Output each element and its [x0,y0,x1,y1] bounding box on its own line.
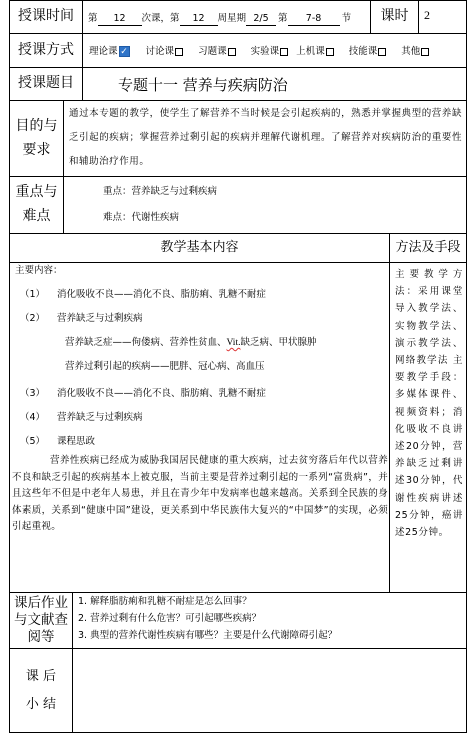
content-item-5: （5）课程思政 [12,430,388,454]
row-divider [9,176,467,177]
lesson-plan-page: 授课时间 第12次课，第12周星期2/5第7-8节 课时 2 授课方式 理论课✓… [0,0,473,735]
hours-value: 2 [424,8,464,28]
key-points-text: 重点：营养缺乏与过剩疾病 难点：代谢性疾病 [103,178,453,232]
objectives-label: 目的与 要求 [10,101,63,176]
weekday[interactable]: 2/5 [246,13,276,26]
col-divider [63,100,64,233]
topic-value: 专题十一 营养与疾病防治 [118,74,458,96]
summary-label: 课 后 小 结 [10,649,72,732]
content-item-4: （4）营养缺乏与过剩疾病 [12,406,388,430]
key-points-label: 重点与 难点 [10,177,63,233]
checkbox-icon[interactable] [228,48,236,56]
row-divider [9,100,467,101]
content-header: 教学基本内容 [10,234,389,262]
method-header: 方法及手段 [390,234,466,262]
topic-label: 授课题目 [10,68,82,100]
mode-label: 授课方式 [10,34,82,67]
checkbox-checked-icon[interactable]: ✓ [119,46,130,57]
difficult-point: 难点：代谢性疾病 [103,204,453,231]
week-number[interactable]: 12 [180,13,218,26]
time-value: 第12次课，第12周星期2/5第7-8节 [88,10,368,26]
checkbox-icon[interactable] [421,48,429,56]
methods-text: 主要教学方法：采用课堂导入教学法、实物教学法、演示教学法、网络教学法 主要教学手… [395,266,463,588]
content-item-3: （3）消化吸收不良——消化不良、脂肪痢、乳糖不耐症 [12,382,388,406]
summary-field[interactable] [73,649,466,732]
homework-item: 2. 营养过剩有什么危害？可引起哪些疾病？ [78,610,463,627]
checkbox-icon[interactable] [175,48,183,56]
mode-option-exercise[interactable]: 习题课 [198,46,239,57]
mode-option-other[interactable]: 其他 [401,46,432,57]
spellcheck-word: Vit. [227,338,241,348]
time-label: 授课时间 [10,1,82,33]
session-number[interactable]: 12 [98,13,142,26]
table-border-right [466,0,467,733]
content-item-1: （1）消化吸收不良——消化不良、脂肪痢、乳糖不耐症 [12,283,388,307]
key-point: 重点：营养缺乏与过剩疾病 [103,178,453,205]
homework-item: 3. 典型的营养代谢性疾病有哪些？主要是什么代谢障碍引起？ [78,627,463,644]
checkbox-icon[interactable] [326,48,334,56]
content-intro: 主要内容： [15,264,388,278]
table-border-bottom [9,732,467,733]
mode-option-lab[interactable]: 实验课 [251,46,292,57]
mode-option-skill[interactable]: 技能课 [349,46,390,57]
mode-option-discussion[interactable]: 讨论课 [146,46,187,57]
ideology-paragraph: 营养性疾病已经成为威胁我国居民健康的重大疾病，过去贫穷落后年代以营养不良和缺乏引… [12,453,388,536]
homework-label: 课后作业 与文献查 阅等 [10,593,72,648]
mode-option-computer[interactable]: 上机课 [296,46,337,57]
homework-list: 1. 解释脂肪痢和乳糖不耐症是怎么回事？ 2. 营养过剩有什么危害？可引起哪些疾… [78,593,463,647]
col-divider [82,0,83,100]
row-divider [9,262,467,263]
checkbox-icon[interactable] [378,48,386,56]
main-content: 主要内容： （1）消化吸收不良——消化不良、脂肪痢、乳糖不耐症 （2）营养缺乏与… [12,264,388,590]
col-divider [418,0,419,33]
period-number[interactable]: 7-8 [288,13,340,26]
homework-item: 1. 解释脂肪痢和乳糖不耐症是怎么回事？ [78,593,463,610]
col-divider [389,233,390,592]
content-sub-item-2: 营养过剩引起的疾病——肥胖、冠心病、高血压 [12,355,388,379]
checkbox-icon[interactable] [280,48,288,56]
mode-option-theory[interactable]: 理论课✓ [89,46,132,57]
mode-options: 理论课✓ 讨论课 习题课 实验课 上机课 技能课 其他 [89,43,464,59]
content-item-2: （2）营养缺乏与过剩疾病 [12,307,388,331]
objectives-text: 通过本专题的教学，使学生了解营养不当时候是会引起疾病的，熟悉并掌握典型的营养缺乏… [69,102,462,175]
content-sub-item-1: 营养缺乏症——佝偻病、营养性贫血、Vit.缺乏病、甲状腺肿 [12,331,388,355]
hours-label: 课时 [371,1,418,33]
